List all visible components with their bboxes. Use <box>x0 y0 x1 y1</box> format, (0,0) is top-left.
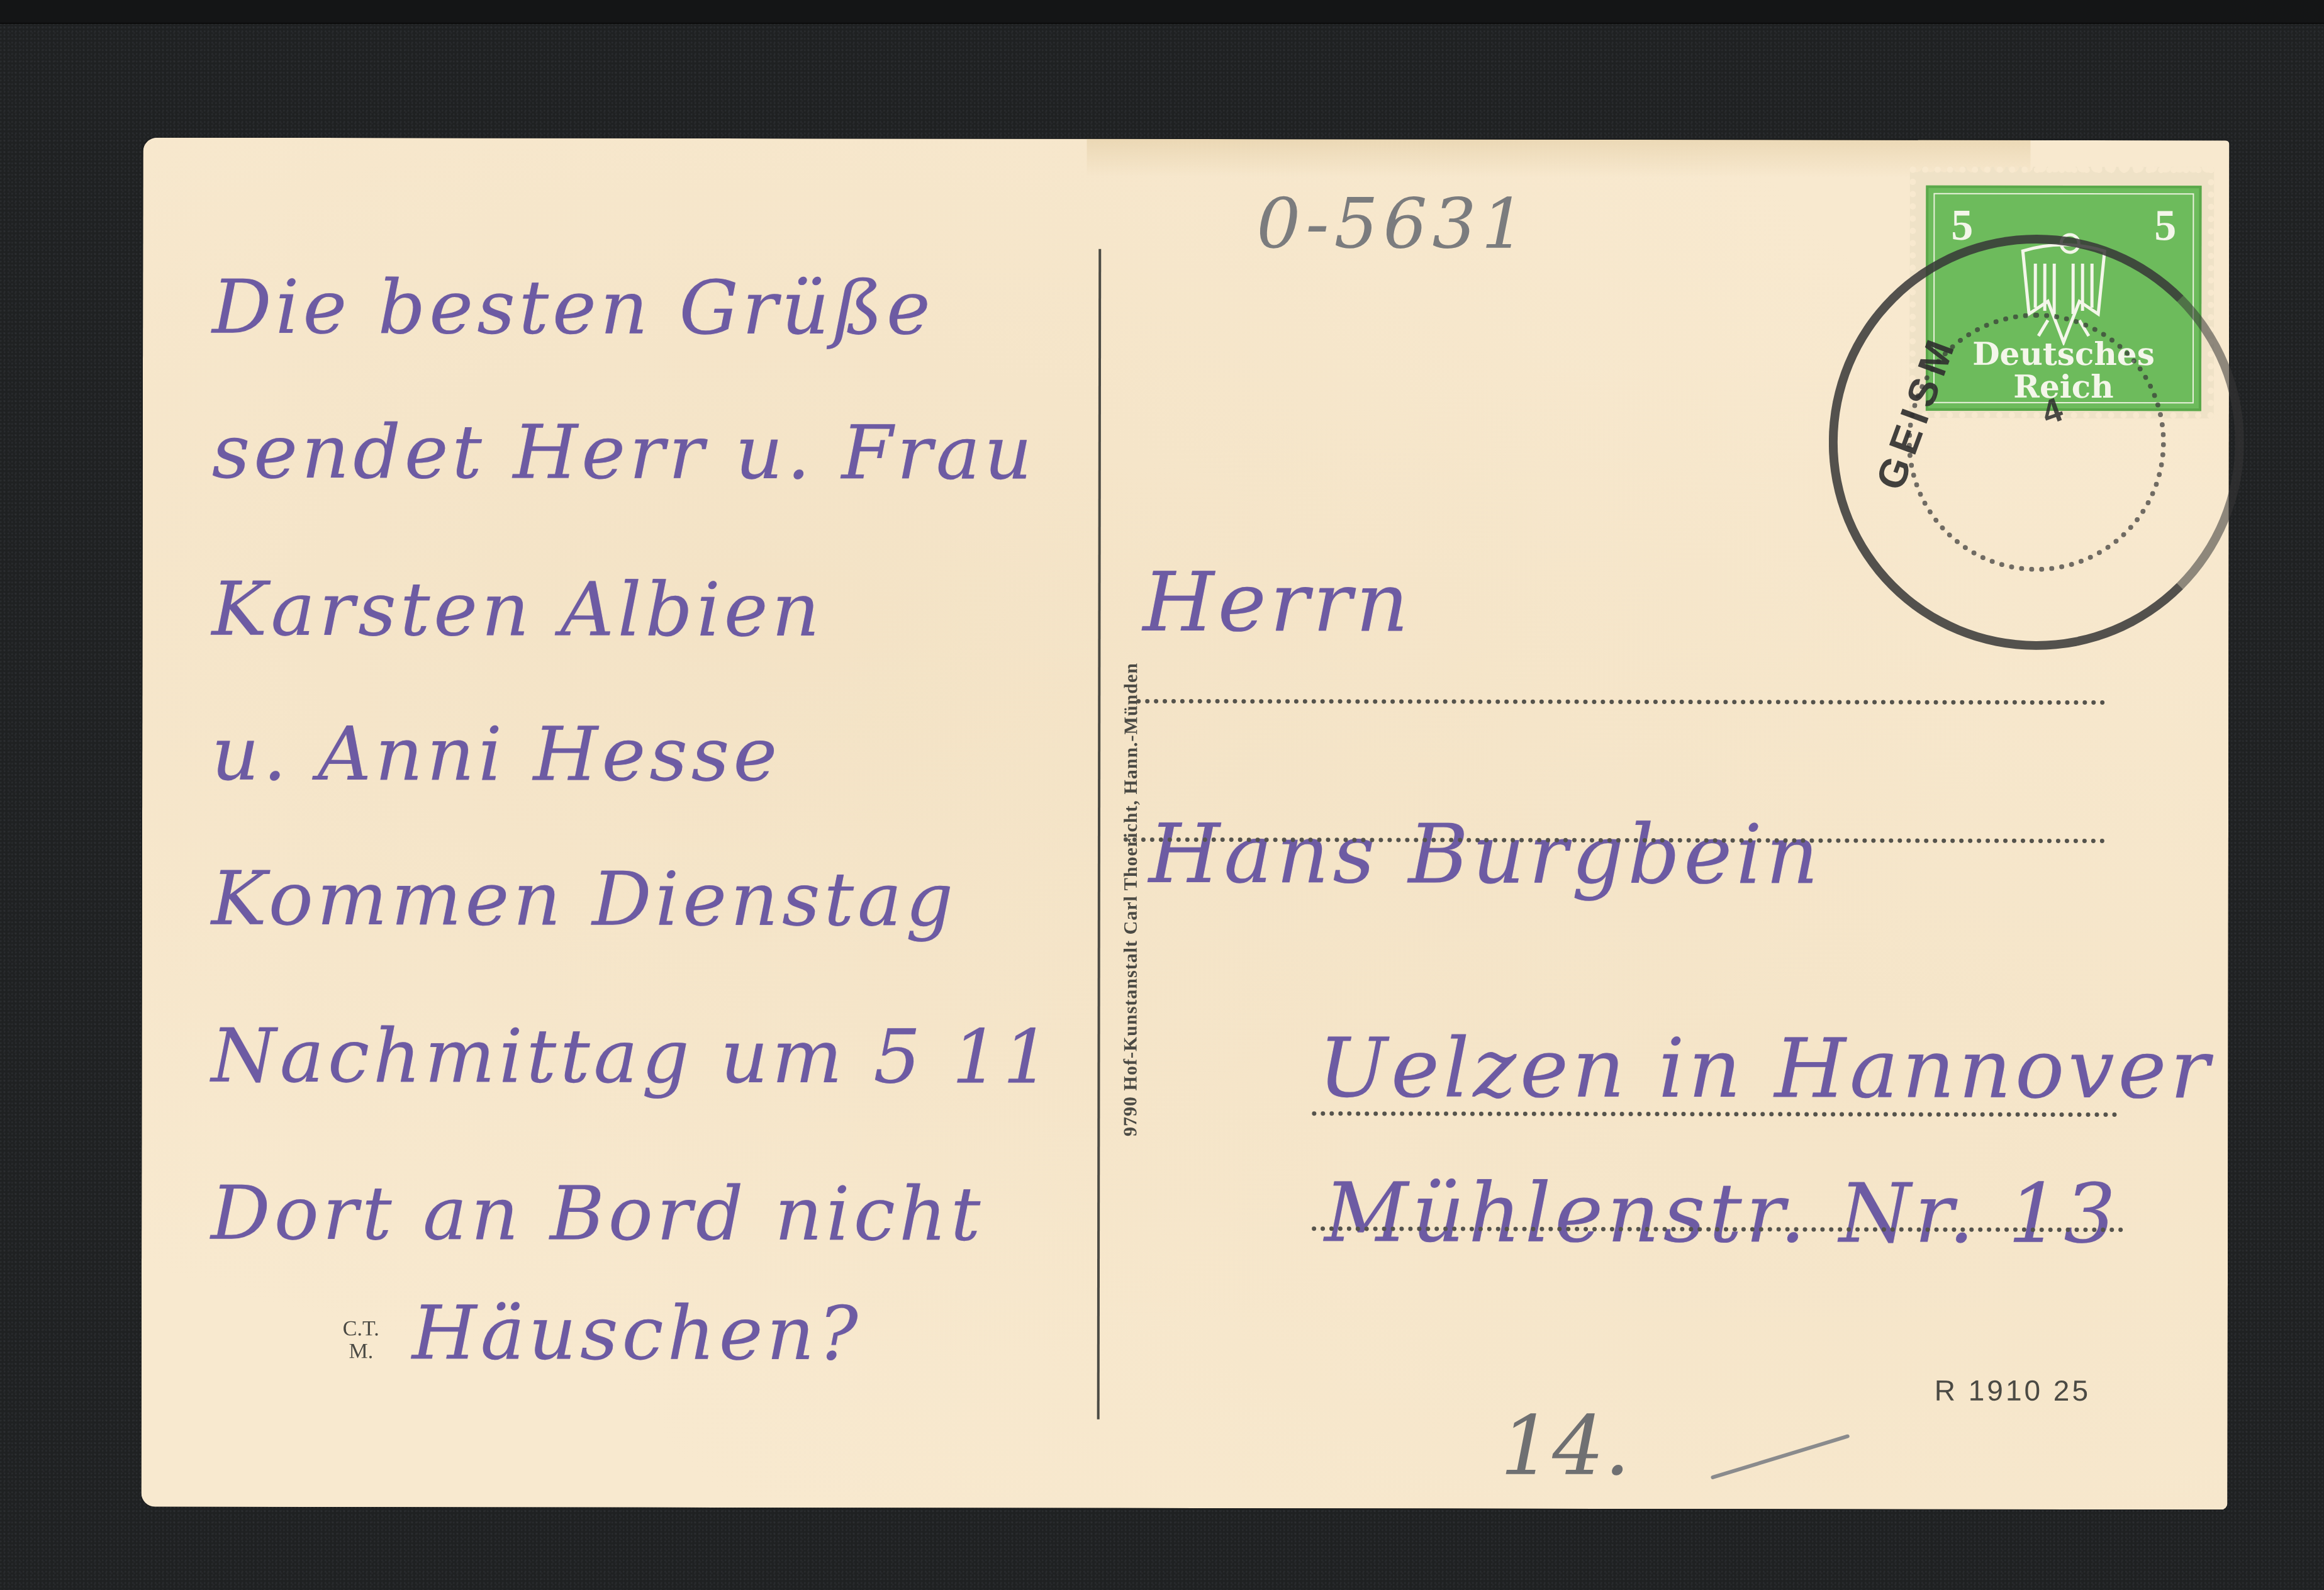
age-stain <box>1087 139 2030 178</box>
scanner-top-band <box>0 0 2324 24</box>
message-line-2: sendet Herr u. Frau <box>212 408 1036 496</box>
stamp-value-left: 5 <box>1951 201 1973 251</box>
pencil-number: 14. <box>1500 1398 1631 1494</box>
address-dotted-line-1 <box>1136 699 2105 705</box>
message-line-7: Dort an Bord nicht <box>211 1170 984 1258</box>
archive-reference: 0-5631 <box>1256 183 1530 264</box>
address-dotted-line-3 <box>1312 1111 2117 1117</box>
message-line-6: Nachmittag um 5 11 <box>211 1012 1054 1100</box>
address-line-2: Hans Burgbein <box>1149 806 1823 902</box>
stamp-value-right: 5 <box>2154 201 2176 251</box>
message-line-8: Häuschen? <box>412 1289 862 1377</box>
message-line-1: Die besten Grüße <box>212 264 934 352</box>
postcard: Die besten Grüße sendet Herr u. Frau Kar… <box>141 138 2229 1510</box>
message-line-5: Kommen Dienstag <box>211 855 957 943</box>
address-line-4: Mühlenstr. Nr. 13 <box>1324 1165 2120 1262</box>
message-line-3: Karsten Albien <box>211 566 823 653</box>
ct-mark-line-2: M. <box>343 1340 379 1363</box>
pencil-dash <box>1711 1434 1850 1480</box>
address-line-1: Herrn <box>1142 554 1412 651</box>
card-code: R 1910 25 <box>1935 1374 2091 1408</box>
address-line-3: Uelzen in Hannover <box>1318 1020 2213 1117</box>
ct-mark: C.T. M. <box>343 1318 379 1363</box>
ct-mark-line-1: C.T. <box>343 1318 379 1340</box>
printer-imprint: 9790 Hof-Kunstanstalt Carl Thoericht, Ha… <box>1120 663 1142 1136</box>
center-divider <box>1097 249 1102 1419</box>
message-line-4: u. Anni Hesse <box>211 710 781 798</box>
